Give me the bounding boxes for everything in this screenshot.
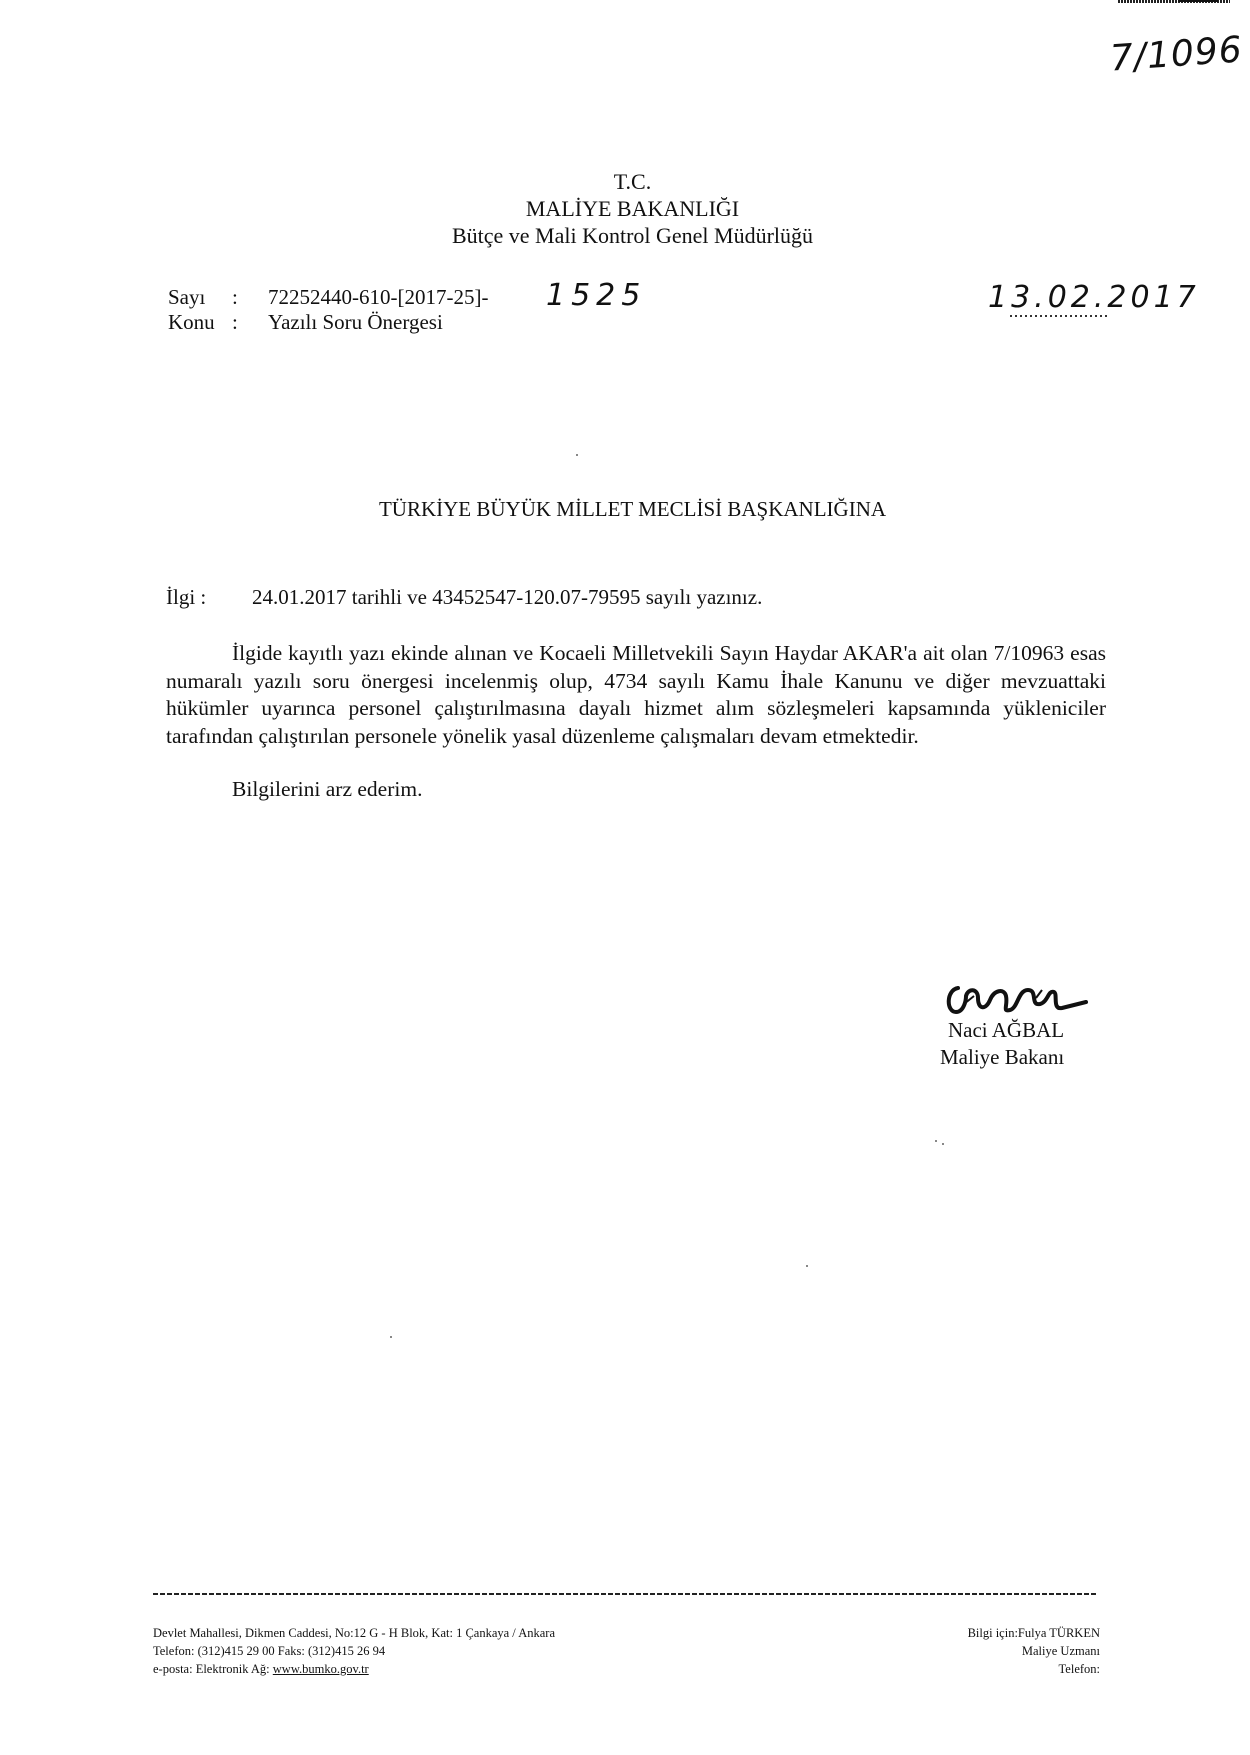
signature-icon (944, 982, 1089, 1020)
addressee: TÜRKİYE BÜYÜK MİLLET MECLİSİ BAŞKANLIĞIN… (0, 497, 1250, 522)
header-department: Bütçe ve Mali Kontrol Genel Müdürlüğü (0, 222, 1250, 249)
header-state: T.C. (0, 168, 1250, 195)
konu-value: Yazılı Soru Önergesi (268, 310, 443, 335)
scan-speck (576, 454, 578, 456)
reference-label: İlgi : (166, 585, 206, 610)
footer-website-link[interactable]: www.bumko.gov.tr (273, 1662, 369, 1676)
footer-email-row: e-posta: Elektronik Ağ: www.bumko.gov.tr (153, 1662, 369, 1677)
sayi-handwritten-number: 1525 (546, 278, 646, 313)
footer-contact: Bilgi için:Fulya TÜRKEN (968, 1626, 1100, 1641)
signatory-title: Maliye Bakanı (940, 1045, 1064, 1070)
scan-artifact (1118, 0, 1230, 3)
handwritten-date: 13.02.2017 (988, 280, 1200, 315)
scan-speck (390, 1336, 392, 1338)
sayi-label: Sayı (168, 285, 205, 310)
reference-value: 24.01.2017 tarihli ve 43452547-120.07-79… (252, 585, 762, 610)
konu-colon: : (232, 310, 238, 335)
sayi-colon: : (232, 285, 238, 310)
footer-contact-title: Maliye Uzmanı (1022, 1644, 1100, 1659)
header-ministry: MALİYE BAKANLIĞI (0, 195, 1250, 222)
footer-divider (153, 1593, 1098, 1595)
footer-contact-phone: Telefon: (1059, 1662, 1100, 1677)
date-dotted-underline (1010, 315, 1110, 317)
footer-email-label: e-posta: Elektronik Ağ: (153, 1662, 273, 1676)
scan-speck (935, 1140, 937, 1142)
scan-speck (806, 1265, 808, 1267)
letter-body: İlgide kayıtlı yazı ekinde alınan ve Koc… (166, 640, 1106, 750)
konu-label: Konu (168, 310, 215, 335)
closing-line: Bilgilerini arz ederim. (232, 777, 422, 802)
body-paragraph: İlgide kayıtlı yazı ekinde alınan ve Koc… (166, 640, 1106, 750)
signatory-name: Naci AĞBAL (948, 1018, 1064, 1043)
footer-phone-fax: Telefon: (312)415 29 00 Faks: (312)415 2… (153, 1644, 385, 1659)
handwritten-file-number: 7/1096 (1109, 29, 1244, 79)
sayi-value: 72252440-610-[2017-25]- (268, 285, 488, 310)
scan-speck (942, 1143, 944, 1145)
footer-address: Devlet Mahallesi, Dikmen Caddesi, No:12 … (153, 1626, 555, 1641)
